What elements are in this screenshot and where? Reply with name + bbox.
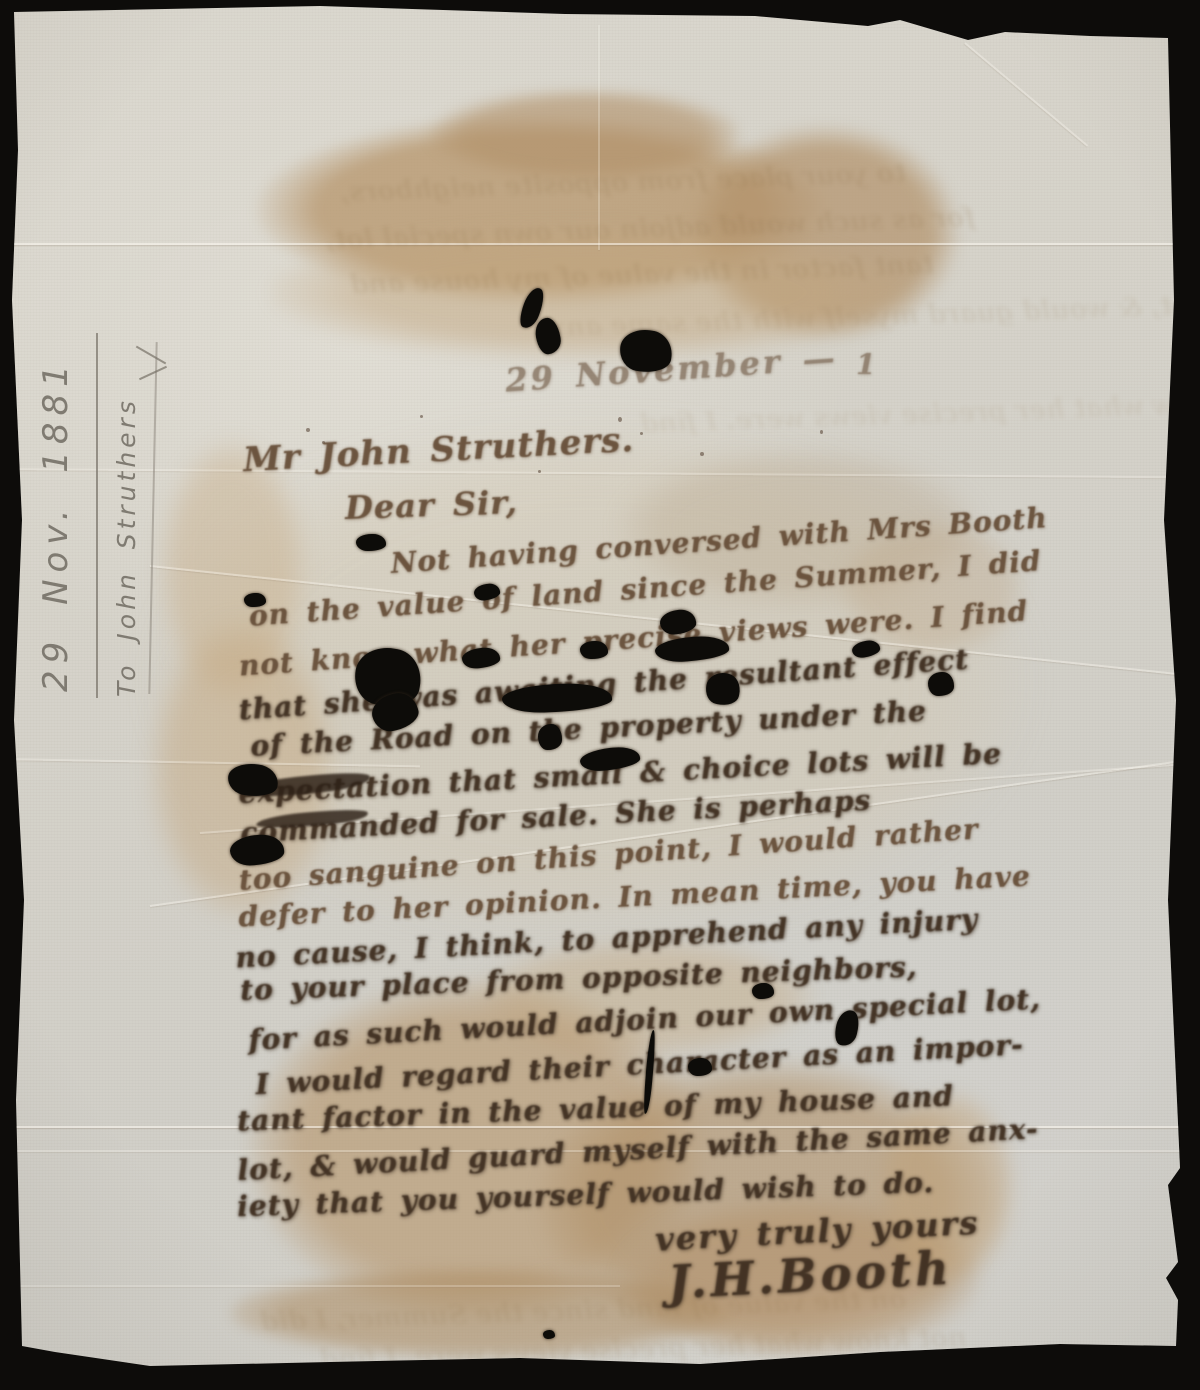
photo-backdrop: to your place from opposite neighbors, f… [0, 0, 1200, 1390]
photo-vignette [0, 0, 1200, 1390]
letter-page: to your place from opposite neighbors, f… [0, 0, 1200, 1390]
